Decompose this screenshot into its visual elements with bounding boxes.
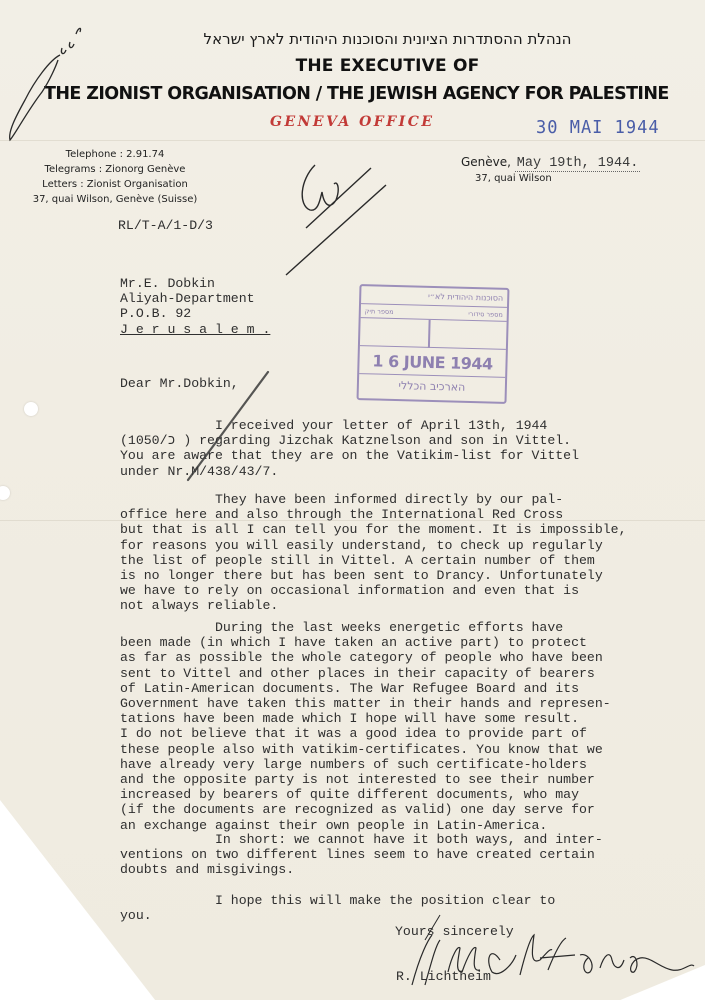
center-signature-icon (286, 165, 386, 275)
telephone: Telephone : 2.91.74 (30, 147, 200, 162)
recipient-pobox: P.O.B. 92 (120, 306, 270, 321)
letter-date: May 19th, 1944. (515, 156, 641, 172)
recipient-department: Aliyah-Department (120, 291, 270, 306)
hebrew-letterhead: הנהלת ההסתדרות הציונית והסוכנות היהודית … (0, 30, 705, 48)
punch-hole (24, 402, 38, 416)
street-address: 37, quai Wilson, Genève (Suisse) (30, 192, 200, 207)
archive-stamp-date: 1 6 JUNE 1944 (359, 346, 506, 378)
dateline-address: 37, quai Wilson (475, 173, 552, 184)
recipient-name: Mr.E. Dobkin (120, 276, 270, 291)
body-paragraph-1: I received your letter of April 13th, 19… (120, 418, 579, 479)
letters-address: Letters : Zionist Organisation (30, 177, 200, 192)
office-name: GENEVA OFFICE (270, 114, 435, 130)
archive-stamp-blank (360, 318, 507, 350)
body-paragraph-2: They have been informed directly by our … (120, 492, 626, 614)
contact-block: Telephone : 2.91.74 Telegrams : Zionorg … (30, 147, 200, 207)
recipient-city: J e r u s a l e m . (120, 322, 270, 337)
archive-field-right: מספר סידורי (468, 308, 503, 320)
body-paragraph-5: I hope this will make the position clear… (120, 893, 555, 923)
letterhead-organisation: THE ZIONIST ORGANISATION / THE JEWISH AG… (44, 84, 669, 104)
letterhead-title: THE EXECUTIVE OF (0, 56, 705, 76)
body-paragraph-4: In short: we cannot have it both ways, a… (120, 832, 603, 878)
archive-stamp: הסוכנות היהודית לא״י מספר סידורי מספר תי… (357, 284, 510, 404)
paper-fold (0, 140, 705, 141)
telegrams: Telegrams : Zionorg Genève (30, 162, 200, 177)
letter-page: הנהלת ההסתדרות הציונית והסוכנות היהודית … (0, 0, 705, 1000)
closing: Yours sincerely (395, 924, 514, 939)
signer-name: R. Lichtheim (396, 969, 491, 984)
received-date-stamp: 30 MAI 1944 (536, 118, 660, 139)
recipient-address: Mr.E. DobkinAliyah-DepartmentP.O.B. 92J … (120, 276, 270, 337)
date-place: Genève, (461, 155, 511, 169)
punch-hole (0, 486, 10, 500)
archive-field-left: מספר תיק (365, 305, 394, 317)
dateline: Genève, May 19th, 1944. (461, 155, 640, 171)
salutation: Dear Mr.Dobkin, (120, 376, 239, 391)
reference-number: RL/T-A/1-D/3 (118, 218, 213, 233)
body-paragraph-3: During the last weeks energetic efforts … (120, 620, 611, 833)
